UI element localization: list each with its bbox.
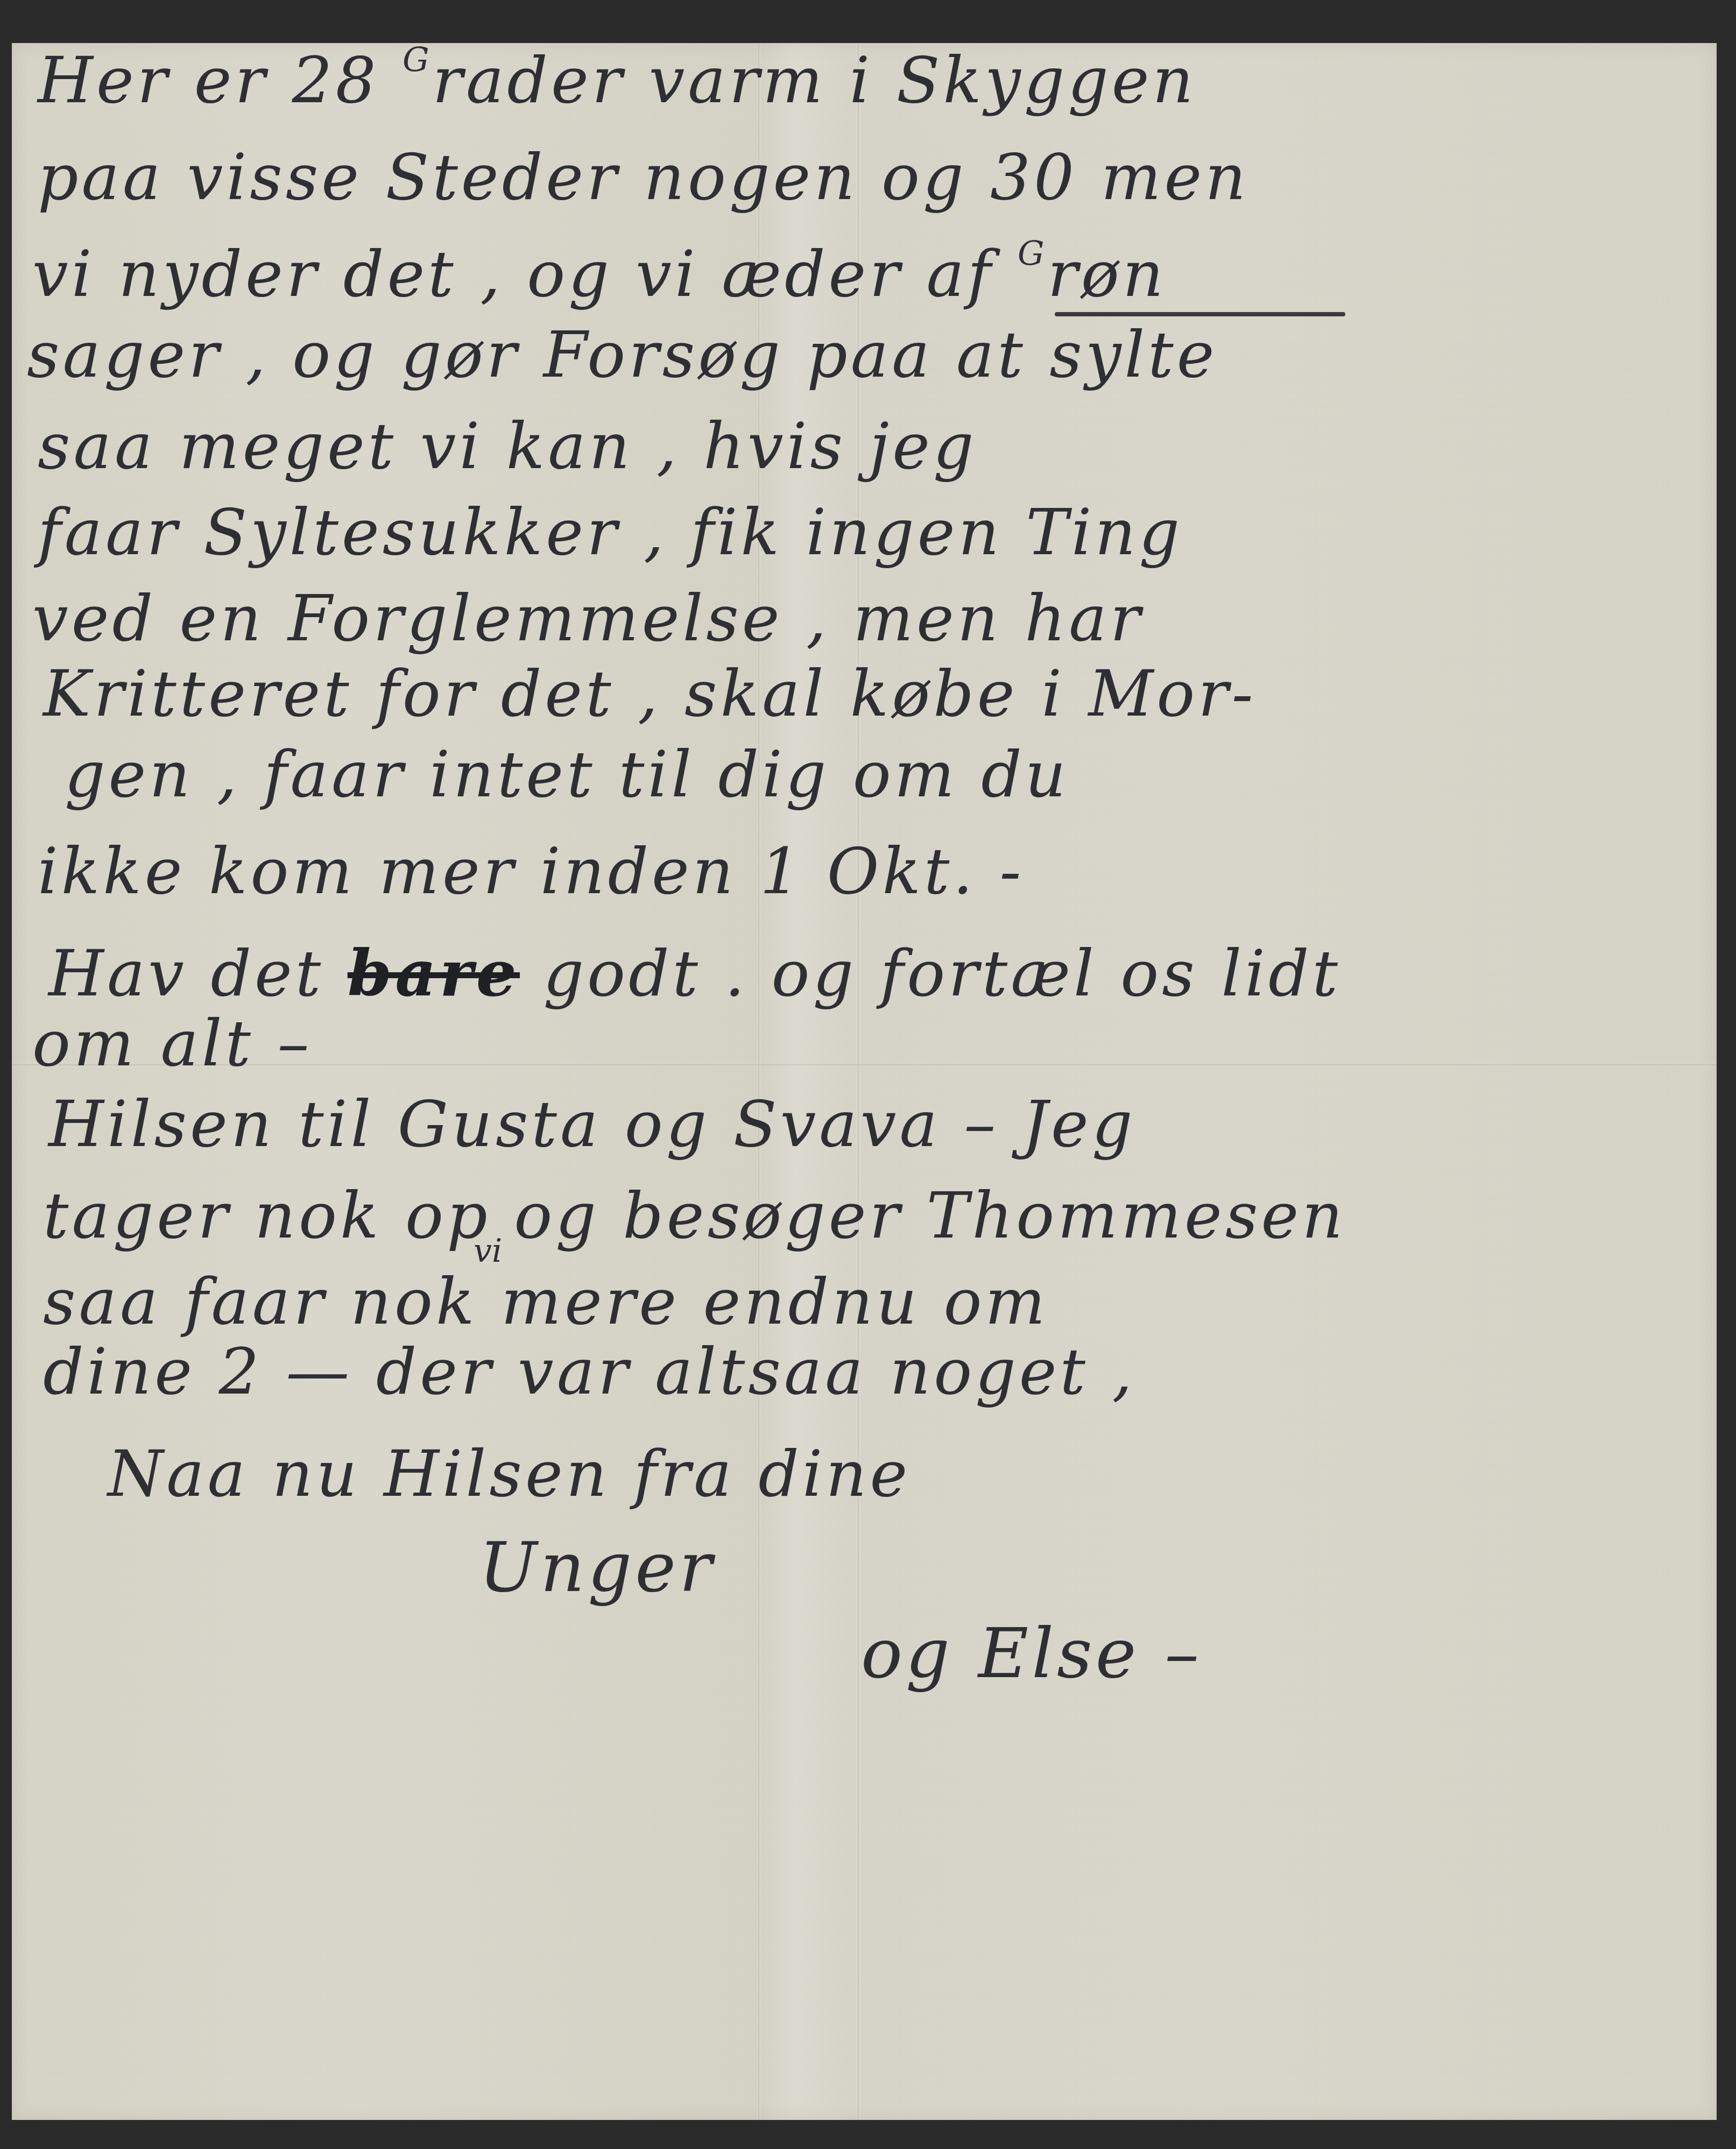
line-superscript: G xyxy=(1018,234,1048,273)
line-text: Naa nu Hilsen fra dine xyxy=(108,1437,911,1511)
letter-line-1: Her er 28 Grader varm i Skyggen xyxy=(38,43,1197,112)
letter-line-12: om alt – xyxy=(32,1012,312,1075)
line-text: gen , faar intet til dig om du xyxy=(65,737,1069,811)
letter-line-10: ikke kom mer inden 1 Okt. - xyxy=(38,839,1024,903)
line-text: rader varm i Skyggen xyxy=(433,43,1197,117)
letter-line-6: faar Syltesukker , fik ingen Ting xyxy=(38,500,1183,564)
line-text: Kritteret for det , skal købe i Mor- xyxy=(43,656,1257,731)
line-text: godt . og fortæl os lidt xyxy=(520,936,1341,1010)
letter-line-16: dine 2 — der var altsaa noget , xyxy=(43,1340,1135,1403)
line-text: og Else – xyxy=(861,1614,1202,1694)
line-text: Hav det xyxy=(48,936,348,1010)
letter-line-14: tager nok op og besøger Thommesen xyxy=(43,1184,1346,1247)
line-text: røn xyxy=(1047,237,1166,311)
letter-line-5: saa meget vi kan , hvis jeg xyxy=(38,414,977,478)
line-text: paa visse Steder nogen og 30 men xyxy=(38,140,1249,214)
letter-line-2: paa visse Steder nogen og 30 men xyxy=(38,145,1249,209)
line-text: dine 2 — der var altsaa noget , xyxy=(43,1334,1135,1409)
letter-line-15: saa faar nok mere endnu om xyxy=(43,1270,1048,1333)
letter-line-7: ved en Forglemmelse , men har xyxy=(32,586,1144,650)
line-text: saa meget vi kan , hvis jeg xyxy=(38,409,977,483)
line-text: om alt – xyxy=(32,1006,312,1080)
letter-line-19-signature: og Else – xyxy=(861,1620,1202,1688)
line-text: sager , og gør Forsøg paa at sylte xyxy=(27,317,1218,392)
letter-line-3: vi nyder det , og vi æder af Grøn xyxy=(32,237,1167,306)
letter-line-8: Kritteret for det , skal købe i Mor- xyxy=(43,662,1257,725)
line-text: ikke kom mer inden 1 Okt. - xyxy=(38,834,1024,908)
letter-line-17: Naa nu Hilsen fra dine xyxy=(108,1442,911,1505)
letter-line-11: Hav det bare godt . og fortæl os lidt xyxy=(48,942,1341,1005)
line-text: nok mere endnu om xyxy=(327,1264,1049,1339)
line-text: saa faar xyxy=(43,1264,327,1339)
letter-line-18-signature: Unger xyxy=(479,1533,715,1602)
line-superscript: G xyxy=(403,40,433,79)
line-text: tager nok op og besøger Thommesen xyxy=(43,1178,1346,1253)
line-text: Her er 28 xyxy=(38,43,403,117)
line-text: af xyxy=(903,237,1018,311)
letter-line-4: sager , og gør Forsøg paa at sylte xyxy=(27,323,1218,386)
underlined-word: æder xyxy=(722,237,903,311)
letter-line-9: gen , faar intet til dig om du xyxy=(65,743,1069,806)
line-text: vi nyder det , og vi xyxy=(32,237,722,311)
struck-out-word: bare xyxy=(348,936,520,1010)
line-text: ved en Forglemmelse , men har xyxy=(32,581,1144,655)
letter-line-13: Hilsen til Gusta og Svava – Jeg xyxy=(48,1092,1135,1156)
line-text: Hilsen til Gusta og Svava – Jeg xyxy=(48,1087,1135,1161)
inserted-word: vi xyxy=(474,1232,502,1270)
line-text: faar Syltesukker , fik ingen Ting xyxy=(38,495,1183,569)
line-text: Unger xyxy=(479,1528,715,1608)
underline-stroke xyxy=(1055,312,1345,316)
